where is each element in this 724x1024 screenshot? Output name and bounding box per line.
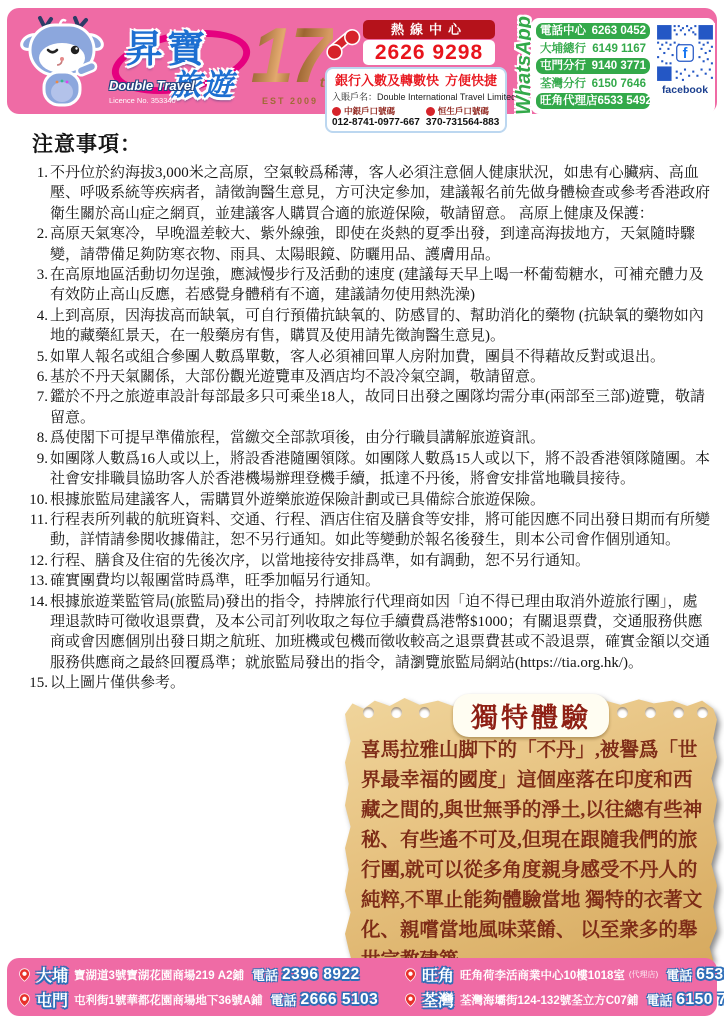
punch-hole — [363, 707, 374, 718]
branch-phone: 6150 7646 — [676, 991, 724, 1009]
note-item: 6.基於不丹天氣關係，大部份觀光遊覽車及酒店均不設冷氣空調，敬請留意。 — [18, 367, 710, 387]
wa-name: 電話中心 — [540, 23, 586, 39]
note-text: 爲使閣下可提早準備旅程，當繳交全部款項後，由分行職員講解旅遊資訊。 — [50, 428, 710, 448]
location-pin-icon — [403, 991, 418, 1009]
note-text: 如團隊人數爲16人或以上，將設香港隨團領隊。如團隊人數爲15人或以下，將不設香港… — [50, 449, 710, 490]
branch-phone: 6533 5492 — [696, 966, 724, 984]
whatsapp-contact-row: 旺角代理店6533 5492 — [536, 93, 650, 109]
note-number: 9. — [18, 449, 50, 490]
notes-title: 注意事項： — [32, 128, 710, 158]
branch-address: 屯利街1號華都花園商場地下36號A鋪 — [74, 992, 263, 1008]
note-text: 如單人報名或組合參團人數爲單數，客人必須補回單人房附加費，團員不得藉故反對或退出… — [50, 347, 710, 367]
anniversary-est: EST 2009 — [247, 96, 333, 106]
wa-number: 9140 3771 — [592, 58, 646, 74]
phone-icon — [321, 22, 363, 69]
branch-mongkok: 旺角 旺角荷李活商業中心10樓1018室 (代理店) 電話 6533 5492 — [403, 963, 724, 986]
experience-title: 獨特體驗 — [453, 694, 609, 737]
note-text: 行程表所列載的航班資料、交通、行程、酒店住宿及膳食等安排，將可能因應不同出發日期… — [50, 510, 710, 551]
note-text: 根據旅遊業監管局(旅監局)發出的指令，持牌旅行代理商如因「迫不得已理由取消外遊旅… — [50, 592, 710, 674]
phone-label: 電話 — [252, 965, 278, 984]
wa-name: 荃灣分行 — [540, 76, 586, 92]
note-number: 8. — [18, 428, 50, 448]
branch-address: 寶湖道3號寶湖花園商場219 A2鋪 — [74, 967, 244, 983]
experience-note-paper: 獨特體驗 喜馬拉雅山脚下的「不丹」,被譽爲「世界最幸福的國度」這個座落在印度和西… — [345, 698, 717, 966]
note-item: 1.不丹位於約海拔3,000米之高原，空氣較爲稀薄，客人必須注意個人健康狀況，如… — [18, 163, 710, 224]
wa-number: 6263 0452 — [592, 23, 646, 39]
hotline-block: 熱線中心 2626 9298 銀行入數及轉數快方便快捷 入賬戶名：Double … — [325, 20, 507, 114]
phone-label: 電話 — [271, 990, 297, 1009]
boc-account: 中銀戶口號碼 012-8741-0977-667 — [332, 105, 420, 128]
bank-slogan-left: 銀行入數及轉數快 — [335, 73, 439, 88]
whatsapp-contact-row: 屯門分行9140 3771 — [536, 58, 650, 74]
hangseng-icon — [426, 107, 435, 116]
wa-number: 6150 7646 — [592, 76, 646, 92]
location-pin-icon — [17, 991, 32, 1009]
note-text: 上到高原，因海拔高而缺氧，可自行預備抗缺氧的、防感冒的、幫助消化的藥物 (抗缺氧… — [50, 306, 710, 347]
brand-name-en: Double Travel — [109, 78, 195, 93]
note-item: 8.爲使閣下可提早準備旅程，當繳交全部款項後，由分行職員講解旅遊資訊。 — [18, 428, 710, 448]
flyer-page: 昇寶 旅遊 Double Travel Licence No. 353340 1… — [0, 0, 724, 1024]
note-item: 9.如團隊人數爲16人或以上，將設香港隨團領隊。如團隊人數爲15人或以下，將不設… — [18, 449, 710, 490]
phone-label: 電話 — [666, 965, 692, 984]
note-text: 確實團費均以報團當時爲準，旺季加幅另行通知。 — [50, 571, 710, 591]
note-item: 3.在高原地區活動切勿逞強，應減慢步行及活動的速度 (建議每天早上喝一杯葡萄糖水… — [18, 265, 710, 306]
account-holder-name: 入賬戶名：Double International Travel Limited — [332, 90, 500, 103]
note-number: 3. — [18, 265, 50, 306]
wa-number: 6149 1167 — [592, 41, 646, 57]
note-item: 7.鑑於不丹之旅遊車設計每部最多只可乘坐18人，故同日出發之團隊均需分車(兩部至… — [18, 387, 710, 428]
note-text: 在高原地區活動切勿逞強，應減慢步行及活動的速度 (建議每天早上喝一杯葡萄糖水，可… — [50, 265, 710, 306]
punch-hole — [419, 707, 430, 718]
hangseng-account-number: 370-731564-883 — [426, 117, 500, 128]
note-number: 14. — [18, 592, 50, 674]
note-number: 4. — [18, 306, 50, 347]
note-item: 10.根據旅監局建議客人，需購買外遊樂旅遊保險計劃或已具備綜合旅遊保險。 — [18, 490, 710, 510]
hotline-title: 熱線中心 — [363, 20, 495, 39]
branch-address: 旺角荷李活商業中心10樓1018室 — [460, 967, 625, 983]
note-item: 12.行程、膳食及住宿的先後次序，以當地接待安排爲準，如有調動，恕不另行通知。 — [18, 551, 710, 571]
boc-icon — [332, 107, 341, 116]
note-text: 不丹位於約海拔3,000米之高原，空氣較爲稀薄，客人必須注意個人健康狀況，如患有… — [50, 163, 710, 224]
punch-hole — [697, 707, 708, 718]
wa-name: 大埔總行 — [540, 41, 586, 57]
hangseng-label: 恒生戶口號碼 — [438, 105, 489, 117]
note-number: 1. — [18, 163, 50, 224]
location-pin-icon — [17, 966, 32, 984]
note-number: 7. — [18, 387, 50, 428]
note-number: 6. — [18, 367, 50, 387]
note-number: 11. — [18, 510, 50, 551]
brand-logo: 昇寶 旅遊 Double Travel Licence No. 353340 — [109, 16, 249, 112]
note-item: 5.如單人報名或組合參團人數爲單數，客人必須補回單人房附加費，團員不得藉故反對或… — [18, 347, 710, 367]
note-item: 14.根據旅遊業監管局(旅監局)發出的指令，持牌旅行代理商如因「迫不得已理由取消… — [18, 592, 710, 674]
header-banner: 昇寶 旅遊 Double Travel Licence No. 353340 1… — [7, 8, 717, 114]
licence-number: Licence No. 353340 — [109, 96, 176, 105]
branch-tuenmun: 屯門 屯利街1號華都花園商場地下36號A鋪 電話 2666 5103 — [17, 988, 403, 1011]
branch-tsuenwan: 荃灣 荃灣海壩街124-132號荃立方C07鋪 電話 6150 7646 — [403, 988, 724, 1011]
wa-name: 旺角代理店 — [540, 93, 598, 109]
branch-note: (代理店) — [629, 969, 658, 980]
branch-name: 荃灣 — [422, 988, 454, 1011]
branch-name: 大埔 — [36, 963, 68, 986]
notes-section: 注意事項： 1.不丹位於約海拔3,000米之高原，空氣較爲稀薄，客人必須注意個人… — [18, 128, 710, 694]
bank-slogan-right: 方便快捷 — [445, 73, 497, 88]
note-item: 11.行程表所列載的航班資料、交通、行程、酒店住宿及膳食等安排，將可能因應不同出… — [18, 510, 710, 551]
branch-name: 旺角 — [422, 963, 454, 986]
note-number: 15. — [18, 673, 50, 693]
note-text: 基於不丹天氣關係，大部份觀光遊覽車及酒店均不設冷氣空調，敬請留意。 — [50, 367, 710, 387]
note-item: 2.高原天氣寒冷，早晚溫差較大、紫外線強，即使在炎熱的夏季出發，到達高海拔地方，… — [18, 224, 710, 265]
hangseng-account: 恒生戶口號碼 370-731564-883 — [426, 105, 500, 128]
wa-name: 屯門分行 — [540, 58, 586, 74]
note-number: 13. — [18, 571, 50, 591]
whatsapp-contact-row: 電話中心6263 0452 — [536, 23, 650, 39]
note-number: 10. — [18, 490, 50, 510]
whatsapp-contact-row: 大埔總行6149 1167 — [536, 41, 650, 57]
experience-body: 喜馬拉雅山脚下的「不丹」,被譽爲「世界最幸福的國度」這個座落在印度和西藏之間的,… — [361, 736, 705, 976]
punch-hole — [617, 707, 628, 718]
bank-panel: 銀行入數及轉數快方便快捷 入賬戶名：Double International T… — [325, 67, 507, 133]
phone-label: 電話 — [646, 990, 672, 1009]
note-text: 以上圖片僅供參考。 — [50, 673, 710, 693]
branch-phone: 2666 5103 — [301, 991, 379, 1009]
boc-label: 中銀戶口號碼 — [344, 105, 395, 117]
punch-hole — [391, 707, 402, 718]
note-text: 行程、膳食及住宿的先後次序，以當地接待安排爲準，如有調動，恕不另行通知。 — [50, 551, 710, 571]
deer-illustration — [15, 12, 109, 112]
punch-hole — [673, 707, 684, 718]
note-number: 5. — [18, 347, 50, 367]
note-number: 2. — [18, 224, 50, 265]
note-item: 15.以上圖片僅供參考。 — [18, 673, 710, 693]
whatsapp-contact-row: 荃灣分行6150 7646 — [536, 76, 650, 92]
note-item: 13.確實團費均以報團當時爲準，旺季加幅另行通知。 — [18, 571, 710, 591]
branch-taipo: 大埔 寶湖道3號寶湖花園商場219 A2鋪 電話 2396 8922 — [17, 963, 403, 986]
whatsapp-panel: 電話中心6263 0452 大埔總行6149 1167 屯門分行9140 377… — [531, 18, 715, 114]
bank-slogan: 銀行入數及轉數快方便快捷 — [332, 70, 500, 89]
branch-phone: 2396 8922 — [282, 966, 360, 984]
note-text: 鑑於不丹之旅遊車設計每部最多只可乘坐18人，故同日出發之團隊均需分車(兩部至三部… — [50, 387, 710, 428]
whatsapp-block: WhatsApp 電話中心6263 0452 大埔總行6149 1167 屯門分… — [505, 18, 717, 116]
facebook-qr-code: f — [655, 23, 715, 83]
footer-branches: 大埔 寶湖道3號寶湖花園商場219 A2鋪 電話 2396 8922 旺角 旺角… — [7, 958, 717, 1016]
note-text: 高原天氣寒冷，早晚溫差較大、紫外線強，即使在炎熱的夏季出發，到達高海拔地方，天氣… — [50, 224, 710, 265]
wa-number: 6533 5492 — [598, 93, 652, 109]
mascot-deer — [15, 12, 109, 117]
note-text: 根據旅監局建議客人，需購買外遊樂旅遊保險計劃或已具備綜合旅遊保險。 — [50, 490, 710, 510]
branch-name: 屯門 — [36, 988, 68, 1011]
hotline-number: 2626 9298 — [363, 40, 495, 65]
facebook-label: facebook — [662, 84, 708, 96]
note-number: 12. — [18, 551, 50, 571]
note-item: 4.上到高原，因海拔高而缺氧，可自行預備抗缺氧的、防感冒的、幫助消化的藥物 (抗… — [18, 306, 710, 347]
svg-text:f: f — [683, 46, 688, 62]
boc-account-number: 012-8741-0977-667 — [332, 117, 420, 128]
punch-hole — [645, 707, 656, 718]
branch-address: 荃灣海壩街124-132號荃立方C07鋪 — [460, 992, 638, 1008]
location-pin-icon — [403, 966, 418, 984]
